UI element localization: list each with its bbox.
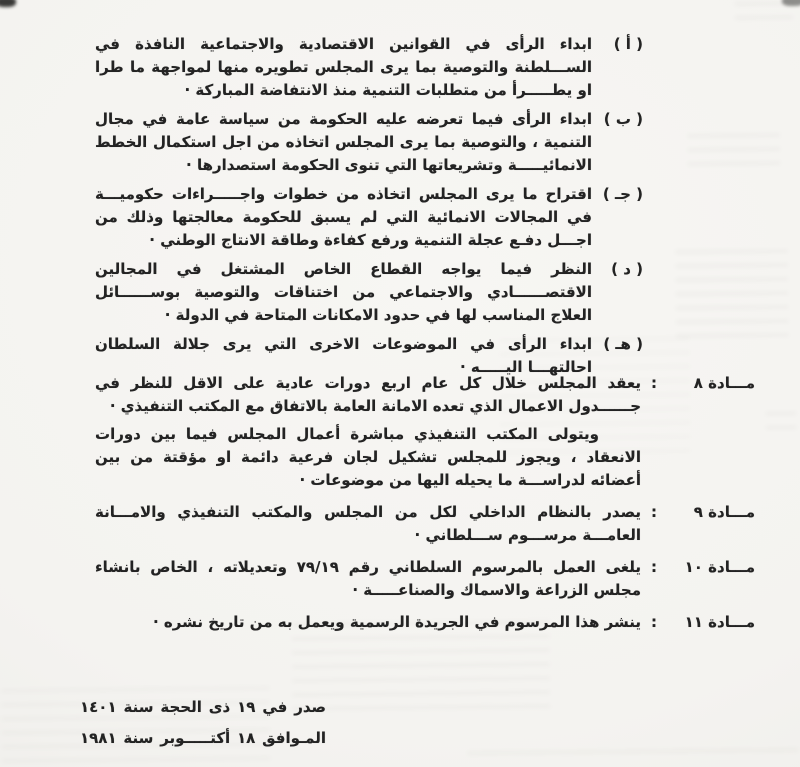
article-number: مـــادة ٩ [694, 501, 755, 524]
issuance-gregorian-date: المـوافق ١٨ أكتـــــوبر سنة ١٩٨١ [80, 723, 326, 754]
article-item: مـــادة ١١ : ينشر هذا المرسوم في الجريدة… [95, 611, 755, 634]
article-colon: : [651, 372, 657, 395]
scan-corner-mark [782, 0, 800, 6]
article-number: مـــادة ١٠ [685, 556, 755, 579]
article-paragraph: ينشر هذا المرسوم في الجريدة الرسمية ويعم… [95, 611, 641, 634]
issuance-hijri-date: صدر في ١٩ ذى الحجة سنة ١٤٠١ [80, 692, 326, 723]
article-body: يلغى العمل بالمرسوم السلطاني رقم ٧٩/١٩ و… [95, 556, 641, 602]
clause-marker: ( جـ ) [601, 183, 643, 252]
article-number: مـــادة ٨ [694, 372, 755, 395]
clause-item: ( جـ ) اقتراح ما يرى المجلس اتخاذه من خط… [95, 183, 643, 252]
issuance-block: صدر في ١٩ ذى الحجة سنة ١٤٠١ المـوافق ١٨ … [80, 692, 326, 754]
bleed-smudge [468, 748, 798, 765]
article-label: مـــادة ٩ : [651, 501, 755, 547]
article-item: مـــادة ١٠ : يلغى العمل بالمرسوم السلطان… [95, 556, 755, 602]
article-body: ينشر هذا المرسوم في الجريدة الرسمية ويعم… [95, 611, 641, 634]
document-page: ( أ ) ابداء الرأى في القوانين الاقتصادية… [0, 0, 800, 767]
bleed-smudge [676, 249, 789, 342]
clause-marker: ( د ) [601, 258, 643, 327]
article-paragraph: يصدر بالنظام الداخلي لكل من المجلس والمك… [95, 501, 641, 547]
article-label: مـــادة ٨ : [651, 372, 755, 492]
article-label: مـــادة ١٠ : [651, 556, 755, 602]
clause-marker: ( أ ) [601, 33, 643, 102]
scan-corner-mark [0, 0, 16, 7]
clause-text: اقتراح ما يرى المجلس اتخاذه من خطوات واج… [95, 183, 592, 252]
bleed-smudge [735, 2, 793, 27]
article-body: يعقد المجلس خلال كل عام اربع دورات عادية… [95, 372, 641, 492]
clause-item: ( ب ) ابداء الرأى فيما تعرضه عليه الحكوم… [95, 108, 643, 177]
clause-marker: ( ب ) [601, 108, 643, 177]
clause-text: ابداء الرأى في القوانين الاقتصادية والاج… [95, 33, 592, 102]
article-paragraph: يعقد المجلس خلال كل عام اربع دورات عادية… [95, 372, 641, 418]
article-body: يصدر بالنظام الداخلي لكل من المجلس والمك… [95, 501, 641, 547]
clause-text: ابداء الرأى فيما تعرضه عليه الحكومة من س… [95, 108, 592, 177]
article-colon: : [651, 556, 657, 579]
article-paragraph: يلغى العمل بالمرسوم السلطاني رقم ٧٩/١٩ و… [95, 556, 641, 602]
article-label: مـــادة ١١ : [651, 611, 755, 634]
article-item: مـــادة ٨ : يعقد المجلس خلال كل عام اربع… [95, 372, 755, 492]
bleed-smudge [688, 134, 780, 177]
clause-item: ( د ) النظر فيما يواجه القطاع الخاص المش… [95, 258, 643, 327]
article-colon: : [651, 611, 657, 634]
clause-item: ( أ ) ابداء الرأى في القوانين الاقتصادية… [95, 33, 643, 102]
article-list: مـــادة ٨ : يعقد المجلس خلال كل عام اربع… [95, 372, 755, 643]
clause-text: النظر فيما يواجه القطاع الخاص المشتغل في… [95, 258, 592, 327]
bleed-smudge [766, 412, 796, 438]
article-colon: : [651, 501, 657, 524]
article-item: مـــادة ٩ : يصدر بالنظام الداخلي لكل من … [95, 501, 755, 547]
clause-list: ( أ ) ابداء الرأى في القوانين الاقتصادية… [95, 33, 643, 385]
article-paragraph: ويتولى المكتب التنفيذي مباشرة أعمال المج… [95, 423, 641, 492]
article-number: مـــادة ١١ [685, 611, 755, 634]
